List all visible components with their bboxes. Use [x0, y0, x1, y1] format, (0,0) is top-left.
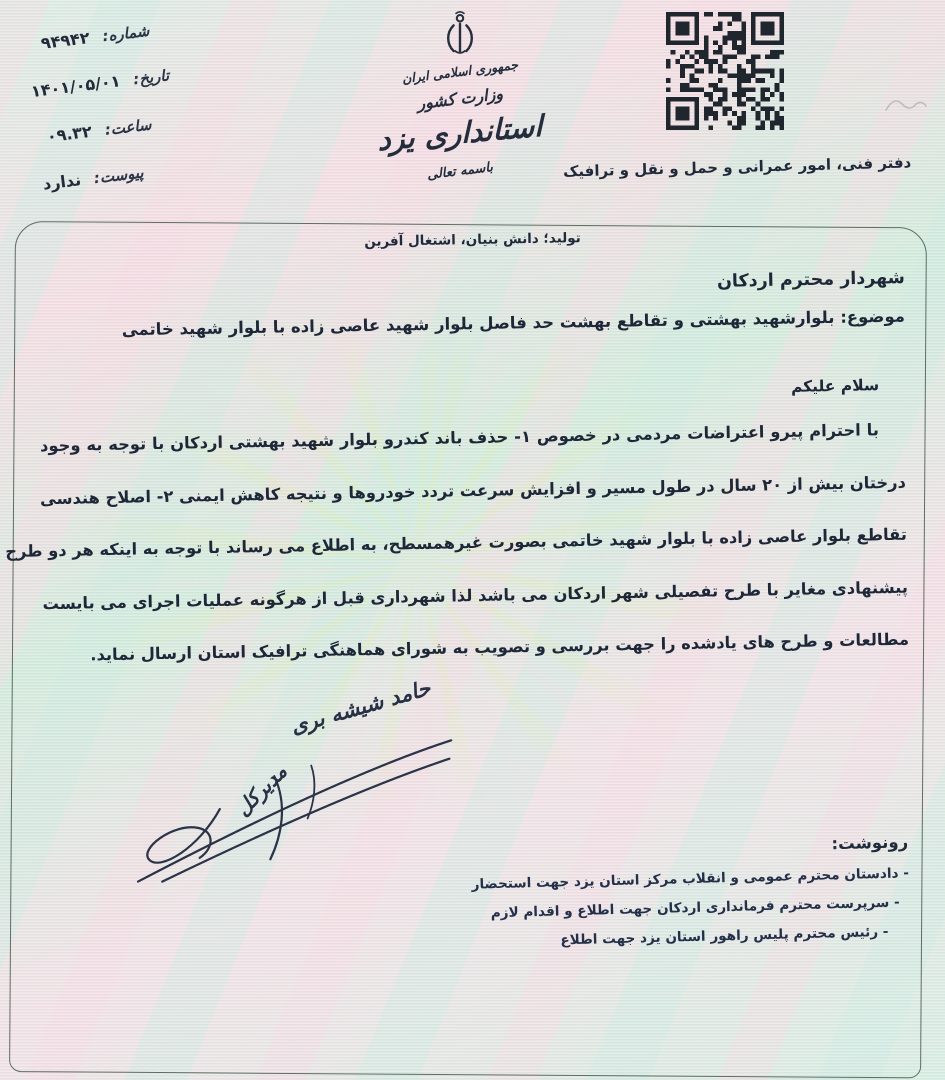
letter-meta-block: شماره: ۹۴۹۴۲ تاریخ: ۱۴۰۱/۰۵/۰۱ ساعت: ۰۹.… [14, 22, 264, 210]
letter-body: با احترام پیرو اعتراضات مردمی در خصوص ۱-… [40, 404, 910, 683]
letter-time-label: ساعت: [104, 115, 153, 139]
letter-attachment-label: پیوست: [93, 163, 145, 187]
invocation-text: باسمه تعالی [352, 151, 568, 192]
greeting-line: سلام علیکم [791, 376, 880, 396]
letterhead-block: جمهوری اسلامی ایران وزارت کشور استانداری… [352, 8, 568, 179]
letter-page: شماره: ۹۴۹۴۲ تاریخ: ۱۴۰۱/۰۵/۰۱ ساعت: ۰۹.… [0, 0, 945, 1080]
recipient-line: شهردار محترم اردکان [717, 268, 905, 292]
letter-number-value: ۹۴۹۴۲ [40, 28, 91, 53]
qr-code [666, 12, 784, 130]
department-name: دفتر فنی، امور عمرانی و حمل و نقل و تراف… [563, 153, 912, 180]
letter-attachment-value: ندارد [42, 170, 82, 194]
letter-number-label: شماره: [101, 22, 150, 46]
cc-block: رونوشت: - دادستان محترم عمومی و انقلاب م… [470, 832, 910, 957]
letter-date-label: تاریخ: [132, 66, 170, 88]
letter-time-value: ۰۹.۳۲ [46, 122, 93, 146]
faint-pen-mark-icon [880, 80, 934, 128]
